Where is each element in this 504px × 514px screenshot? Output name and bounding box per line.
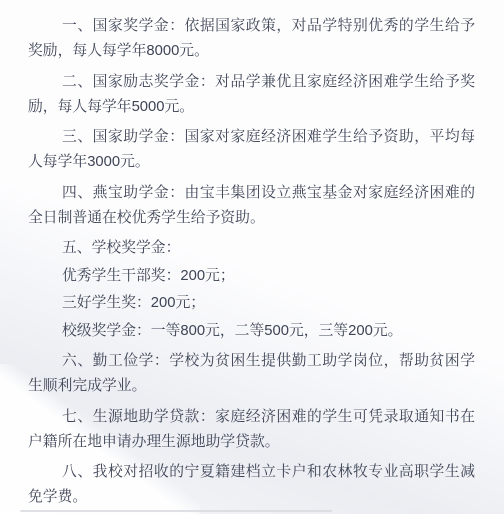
item-national-grant: 三、国家助学金：国家对家庭经济困难学生给予资助，平均每人每学年3000元。	[28, 125, 475, 175]
subitem-school-level-tiers: 校级奖学金：一等800元，二等500元，三等200元。	[28, 319, 475, 344]
item-yanbao-grant: 四、燕宝助学金：由宝丰集团设立燕宝基金对家庭经济困难的全日制普通在校优秀学生给予…	[28, 181, 475, 231]
subitem-merit-student-award: 三好学生奖：200元；	[28, 291, 475, 316]
item-national-scholarship: 一、国家奖学金：依据国家政策，对品学特别优秀的学生给予奖励，每人每学年8000元…	[28, 14, 475, 64]
bottom-divider-line	[20, 510, 332, 512]
item-national-encouragement: 二、国家励志奖学金：对品学兼优且家庭经济困难学生给予奖励，每人每学年5000元。	[28, 70, 475, 120]
document-body: 一、国家奖学金：依据国家政策，对品学特别优秀的学生给予奖励，每人每学年8000元…	[0, 0, 504, 510]
item-origin-student-loan: 七、生源地助学贷款：家庭经济困难的学生可凭录取通知书在户籍所在地申请办理生源地助…	[28, 405, 475, 455]
item-work-study: 六、勤工俭学：学校为贫困生提供勤工助学岗位，帮助贫困学生顺利完成学业。	[28, 349, 475, 399]
item-school-scholarship: 五、学校奖学金：	[28, 236, 475, 261]
subitem-outstanding-cadre-award: 优秀学生干部奖：200元；	[28, 264, 475, 289]
scholarship-policy-document: 一、国家奖学金：依据国家政策，对品学特别优秀的学生给予奖励，每人每学年8000元…	[0, 0, 504, 514]
item-tuition-waiver: 八、我校对招收的宁夏籍建档立卡户和农林牧专业高职学生减免学费。	[28, 460, 475, 510]
